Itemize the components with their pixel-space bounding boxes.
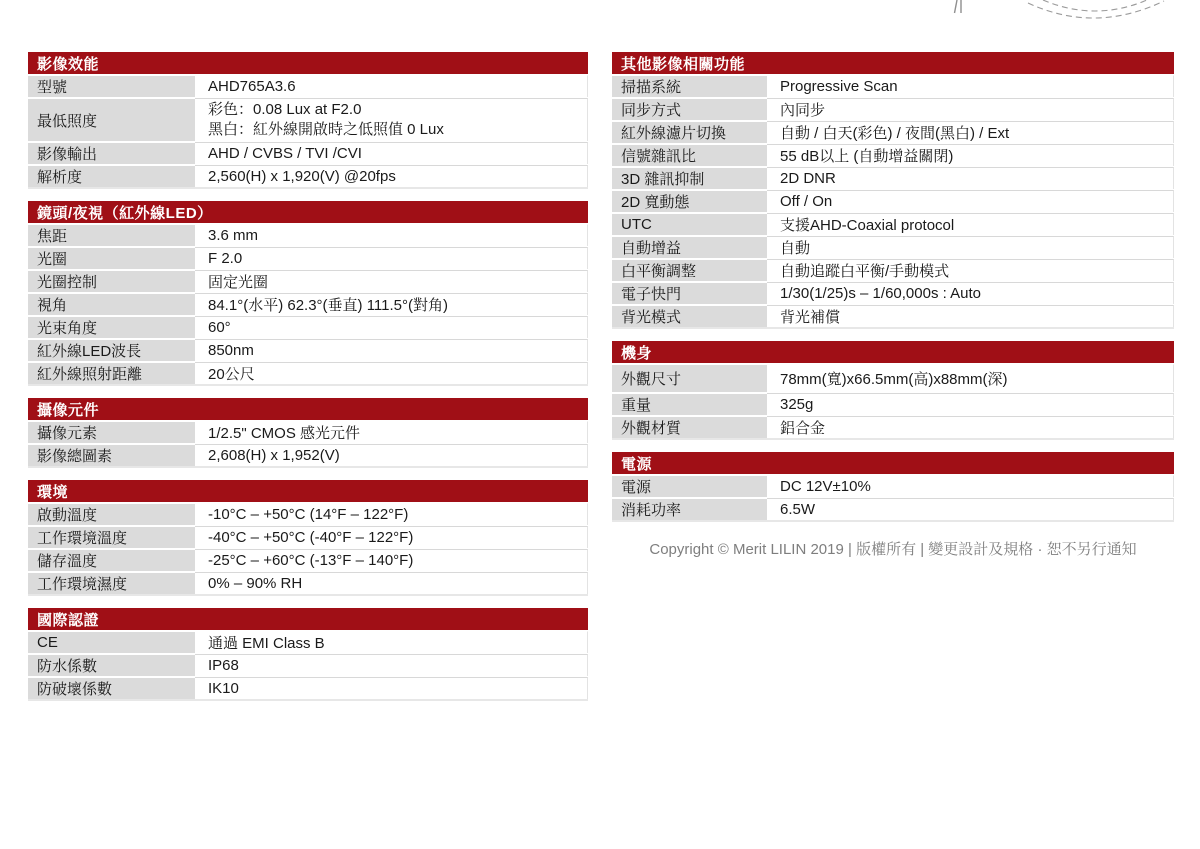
spec-label: 外觀材質 [612, 416, 767, 438]
spec-rows: 掃描系統 Progressive Scan 同步方式 內同步 紅外線濾片切換 自… [612, 75, 1174, 327]
spec-row: 工作環境濕度 0% – 90% RH [28, 572, 588, 594]
section-certifications: 國際認證 CE 通過 EMI Class B 防水係數 IP68 防破壞係數 I… [28, 608, 588, 701]
drawing-dashed-arc-inner-icon [1043, 0, 1147, 11]
spec-label: 影像總圖素 [28, 444, 195, 466]
spec-row: 信號雜訊比 55 dB以上 (自動增益關閉) [612, 144, 1174, 166]
spec-row: 背光模式 背光補償 [612, 305, 1174, 327]
spec-row: 白平衡調整 自動追蹤白平衡/手動模式 [612, 259, 1174, 281]
spec-value: 3.6 mm [195, 224, 588, 246]
drawing-dashed-arc-outer-icon [1028, 1, 1164, 18]
spec-label: 電源 [612, 475, 767, 497]
spec-label: 消耗功率 [612, 498, 767, 520]
spec-label: 紅外線LED波長 [28, 339, 195, 361]
spec-rows: 型號 AHD765A3.6 最低照度 彩色：0.08 Lux at F2.0 黑… [28, 75, 588, 187]
spec-value: IP68 [195, 654, 588, 676]
spec-value: 鋁合金 [767, 416, 1174, 438]
spec-label: 儲存溫度 [28, 549, 195, 571]
spec-row: 重量 325g [612, 393, 1174, 415]
spec-value: 2,560(H) x 1,920(V) @20fps [195, 165, 588, 187]
spec-value: 2,608(H) x 1,952(V) [195, 444, 588, 466]
spec-sheet-page: 影像效能 型號 AHD765A3.6 最低照度 彩色：0.08 Lux at F… [0, 0, 1200, 849]
section-title: 攝像元件 [28, 398, 588, 420]
spec-value: 通過 EMI Class B [195, 631, 588, 653]
spec-value: F 2.0 [195, 247, 588, 269]
section-other-image-functions: 其他影像相關功能 掃描系統 Progressive Scan 同步方式 內同步 … [612, 52, 1174, 329]
spec-value: -10°C – +50°C (14°F – 122°F) [195, 503, 588, 525]
spec-label: 信號雜訊比 [612, 144, 767, 166]
spec-label: 影像輸出 [28, 142, 195, 164]
section-title: 國際認證 [28, 608, 588, 630]
spec-label: 解析度 [28, 165, 195, 187]
spec-label: 2D 寬動態 [612, 190, 767, 212]
spec-label: 型號 [28, 75, 195, 97]
spec-label: 防破壞係數 [28, 677, 195, 699]
spec-value: 背光補償 [767, 305, 1174, 327]
section-title: 電源 [612, 452, 1174, 474]
spec-label: 防水係數 [28, 654, 195, 676]
spec-row: 消耗功率 6.5W [612, 498, 1174, 520]
spec-label: 電子快門 [612, 282, 767, 304]
spec-value: 1/30(1/25)s – 1/60,000s : Auto [767, 282, 1174, 304]
spec-value: 2D DNR [767, 167, 1174, 189]
spec-label: 最低照度 [28, 98, 195, 141]
spec-value: 325g [767, 393, 1174, 415]
spec-value: 內同步 [767, 98, 1174, 120]
section-title: 鏡頭/夜視（紅外線LED） [28, 201, 588, 223]
spec-label: 紅外線濾片切換 [612, 121, 767, 143]
spec-value: 84.1°(水平) 62.3°(垂直) 111.5°(對角) [195, 293, 588, 315]
spec-row: 型號 AHD765A3.6 [28, 75, 588, 97]
section-title: 影像效能 [28, 52, 588, 74]
spec-row: 自動增益 自動 [612, 236, 1174, 258]
cutoff-dimension-drawing [940, 0, 1180, 30]
spec-row: 電子快門 1/30(1/25)s – 1/60,000s : Auto [612, 282, 1174, 304]
spec-rows: 啟動溫度 -10°C – +50°C (14°F – 122°F) 工作環境溫度… [28, 503, 588, 594]
spec-row: 紅外線濾片切換 自動 / 白天(彩色) / 夜間(黑白) / Ext [612, 121, 1174, 143]
spec-value: 6.5W [767, 498, 1174, 520]
copyright-text: Copyright © Merit LILIN 2019 | 版權所有 | 變更… [612, 538, 1174, 559]
spec-label: 紅外線照射距離 [28, 362, 195, 384]
spec-value-line: 彩色：0.08 Lux at F2.0 [208, 100, 579, 120]
spec-value: 自動 [767, 236, 1174, 258]
section-title: 其他影像相關功能 [612, 52, 1174, 74]
spec-row: 最低照度 彩色：0.08 Lux at F2.0 黑白：紅外線開啟時之低照值 0… [28, 98, 588, 141]
spec-value: 支援AHD-Coaxial protocol [767, 213, 1174, 235]
spec-row: 影像總圖素 2,608(H) x 1,952(V) [28, 444, 588, 466]
right-column: 其他影像相關功能 掃描系統 Progressive Scan 同步方式 內同步 … [612, 52, 1174, 559]
section-image-performance: 影像效能 型號 AHD765A3.6 最低照度 彩色：0.08 Lux at F… [28, 52, 588, 189]
spec-value: 60° [195, 316, 588, 338]
spec-row: 解析度 2,560(H) x 1,920(V) @20fps [28, 165, 588, 187]
section-environment: 環境 啟動溫度 -10°C – +50°C (14°F – 122°F) 工作環… [28, 480, 588, 596]
spec-value: 固定光圈 [195, 270, 588, 292]
spec-row: 防破壞係數 IK10 [28, 677, 588, 699]
spec-label: UTC [612, 213, 767, 235]
spec-value: DC 12V±10% [767, 475, 1174, 497]
spec-row: 光圈 F 2.0 [28, 247, 588, 269]
spec-label: 同步方式 [612, 98, 767, 120]
spec-label: 光圈控制 [28, 270, 195, 292]
spec-value: -25°C – +60°C (-13°F – 140°F) [195, 549, 588, 571]
spec-label: 啟動溫度 [28, 503, 195, 525]
spec-value: 自動 / 白天(彩色) / 夜間(黑白) / Ext [767, 121, 1174, 143]
spec-value: 彩色：0.08 Lux at F2.0 黑白：紅外線開啟時之低照值 0 Lux [195, 98, 588, 141]
spec-label: CE [28, 631, 195, 653]
section-image-sensor: 攝像元件 攝像元素 1/2.5" CMOS 感光元件 影像總圖素 2,608(H… [28, 398, 588, 468]
section-title: 機身 [612, 341, 1174, 363]
section-title: 環境 [28, 480, 588, 502]
section-power: 電源 電源 DC 12V±10% 消耗功率 6.5W [612, 452, 1174, 522]
spec-row: 防水係數 IP68 [28, 654, 588, 676]
spec-row: 攝像元素 1/2.5" CMOS 感光元件 [28, 421, 588, 443]
spec-label: 光圈 [28, 247, 195, 269]
spec-row: 外觀尺寸 78mm(寬)x66.5mm(高)x88mm(深) [612, 364, 1174, 392]
spec-value: AHD / CVBS / TVI /CVI [195, 142, 588, 164]
spec-row: 紅外線LED波長 850nm [28, 339, 588, 361]
spec-row: 2D 寬動態 Off / On [612, 190, 1174, 212]
spec-value: 自動追蹤白平衡/手動模式 [767, 259, 1174, 281]
spec-value: 1/2.5" CMOS 感光元件 [195, 421, 588, 443]
left-column: 影像效能 型號 AHD765A3.6 最低照度 彩色：0.08 Lux at F… [28, 52, 588, 701]
spec-row: 影像輸出 AHD / CVBS / TVI /CVI [28, 142, 588, 164]
spec-label: 光束角度 [28, 316, 195, 338]
spec-row: 視角 84.1°(水平) 62.3°(垂直) 111.5°(對角) [28, 293, 588, 315]
spec-value: 850nm [195, 339, 588, 361]
spec-rows: CE 通過 EMI Class B 防水係數 IP68 防破壞係數 IK10 [28, 631, 588, 699]
spec-rows: 焦距 3.6 mm 光圈 F 2.0 光圈控制 固定光圈 視角 84.1°(水平… [28, 224, 588, 384]
spec-rows: 攝像元素 1/2.5" CMOS 感光元件 影像總圖素 2,608(H) x 1… [28, 421, 588, 466]
section-lens-night-vision: 鏡頭/夜視（紅外線LED） 焦距 3.6 mm 光圈 F 2.0 光圈控制 固定… [28, 201, 588, 386]
spec-value: 20公尺 [195, 362, 588, 384]
spec-row: 儲存溫度 -25°C – +60°C (-13°F – 140°F) [28, 549, 588, 571]
drawing-tick-line-icon [955, 0, 958, 13]
spec-rows: 外觀尺寸 78mm(寬)x66.5mm(高)x88mm(深) 重量 325g 外… [612, 364, 1174, 438]
spec-value: 0% – 90% RH [195, 572, 588, 594]
spec-rows: 電源 DC 12V±10% 消耗功率 6.5W [612, 475, 1174, 520]
section-body: 機身 外觀尺寸 78mm(寬)x66.5mm(高)x88mm(深) 重量 325… [612, 341, 1174, 440]
spec-label: 攝像元素 [28, 421, 195, 443]
spec-label: 自動增益 [612, 236, 767, 258]
spec-label: 3D 雜訊抑制 [612, 167, 767, 189]
spec-label: 背光模式 [612, 305, 767, 327]
spec-label: 重量 [612, 393, 767, 415]
spec-label: 掃描系統 [612, 75, 767, 97]
spec-label: 焦距 [28, 224, 195, 246]
spec-label: 白平衡調整 [612, 259, 767, 281]
spec-row: UTC 支援AHD-Coaxial protocol [612, 213, 1174, 235]
spec-value: IK10 [195, 677, 588, 699]
spec-row: 外觀材質 鋁合金 [612, 416, 1174, 438]
spec-label: 工作環境濕度 [28, 572, 195, 594]
spec-value: 78mm(寬)x66.5mm(高)x88mm(深) [767, 364, 1174, 392]
spec-row: 工作環境溫度 -40°C – +50°C (-40°F – 122°F) [28, 526, 588, 548]
spec-value: Off / On [767, 190, 1174, 212]
spec-row: 焦距 3.6 mm [28, 224, 588, 246]
spec-value: 55 dB以上 (自動增益關閉) [767, 144, 1174, 166]
spec-label: 工作環境溫度 [28, 526, 195, 548]
spec-label: 外觀尺寸 [612, 364, 767, 392]
spec-value: AHD765A3.6 [195, 75, 588, 97]
spec-row: 3D 雜訊抑制 2D DNR [612, 167, 1174, 189]
spec-row: 啟動溫度 -10°C – +50°C (14°F – 122°F) [28, 503, 588, 525]
spec-row: 同步方式 內同步 [612, 98, 1174, 120]
spec-value-line: 黑白：紅外線開啟時之低照值 0 Lux [208, 120, 579, 140]
spec-row: 紅外線照射距離 20公尺 [28, 362, 588, 384]
spec-label: 視角 [28, 293, 195, 315]
spec-row: 掃描系統 Progressive Scan [612, 75, 1174, 97]
spec-row: CE 通過 EMI Class B [28, 631, 588, 653]
spec-row: 電源 DC 12V±10% [612, 475, 1174, 497]
spec-value: -40°C – +50°C (-40°F – 122°F) [195, 526, 588, 548]
spec-row: 光束角度 60° [28, 316, 588, 338]
spec-value: Progressive Scan [767, 75, 1174, 97]
spec-row: 光圈控制 固定光圈 [28, 270, 588, 292]
